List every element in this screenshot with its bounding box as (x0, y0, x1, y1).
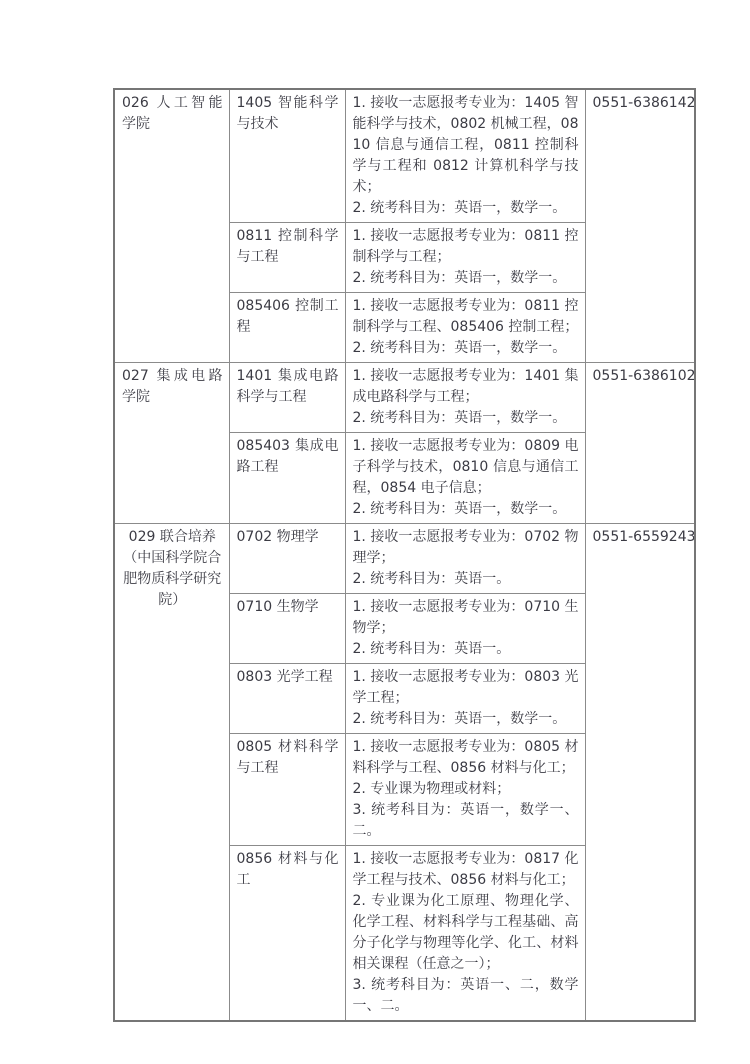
note-line: 2. 统考科目为：英语一。 (353, 639, 579, 660)
major-cell: 0805 材料科学与工程 (229, 734, 345, 846)
notes-cell: 1. 接收一志愿报考专业为：0702 物理学； 2. 统考科目为：英语一。 (345, 524, 585, 594)
note-line: 2. 统考科目为：英语一，数学一。 (353, 709, 579, 730)
phone-cell: 0551-63861421 (585, 89, 695, 363)
note-line: 1. 接收一志愿报考专业为：0817 化学工程与技术、0856 材料与化工； (353, 849, 579, 891)
note-line: 3. 统考科目为：英语一、二，数学一、二。 (353, 975, 579, 1017)
note-line: 2. 统考科目为：英语一，数学一。 (353, 268, 579, 289)
major-cell: 0710 生物学 (229, 594, 345, 664)
college-cell: 029 联合培养（中国科学院合肥物质科学研究院） (114, 524, 229, 1022)
notes-cell: 1. 接收一志愿报考专业为：0710 生物学； 2. 统考科目为：英语一。 (345, 594, 585, 664)
notes-cell: 1. 接收一志愿报考专业为：0803 光学工程； 2. 统考科目为：英语一，数学… (345, 664, 585, 734)
major-cell: 1405 智能科学与技术 (229, 89, 345, 223)
note-line: 2. 专业课为物理或材料； (353, 779, 579, 800)
major-cell: 085406 控制工程 (229, 293, 345, 363)
notes-cell: 1. 接收一志愿报考专业为：0809 电子科学与技术，0810 信息与通信工程，… (345, 433, 585, 524)
major-cell: 1401 集成电路科学与工程 (229, 363, 345, 433)
note-line: 2. 统考科目为：英语一，数学一。 (353, 408, 579, 429)
college-cell: 027 集成电路学院 (114, 363, 229, 524)
note-line: 1. 接收一志愿报考专业为：0809 电子科学与技术，0810 信息与通信工程，… (353, 436, 579, 499)
major-cell: 0702 物理学 (229, 524, 345, 594)
note-line: 1. 接收一志愿报考专业为：0710 生物学； (353, 597, 579, 639)
note-line: 1. 接收一志愿报考专业为：1401 集成电路科学与工程； (353, 366, 579, 408)
major-cell: 0856 材料与化工 (229, 846, 345, 1022)
notes-cell: 1. 接收一志愿报考专业为：0811 控制科学与工程； 2. 统考科目为：英语一… (345, 223, 585, 293)
note-line: 1. 接收一志愿报考专业为：0702 物理学； (353, 527, 579, 569)
note-line: 1. 接收一志愿报考专业为：0811 控制科学与工程、085406 控制工程； (353, 296, 579, 338)
note-line: 2. 统考科目为：英语一。 (353, 569, 579, 590)
note-line: 2. 专业课为化工原理、物理化学、化学工程、材料科学与工程基础、高分子化学与物理… (353, 891, 579, 975)
note-line: 1. 接收一志愿报考专业为：1405 智能科学与技术，0802 机械工程，081… (353, 93, 579, 198)
note-line: 1. 接收一志愿报考专业为：0805 材料科学与工程、0856 材料与化工； (353, 737, 579, 779)
phone-cell: 0551-63861024 (585, 363, 695, 524)
table-row: 029 联合培养（中国科学院合肥物质科学研究院） 0702 物理学 1. 接收一… (114, 524, 695, 594)
table-row: 027 集成电路学院 1401 集成电路科学与工程 1. 接收一志愿报考专业为：… (114, 363, 695, 433)
note-line: 2. 统考科目为：英语一，数学一。 (353, 338, 579, 359)
note-line: 1. 接收一志愿报考专业为：0803 光学工程； (353, 667, 579, 709)
note-line: 3. 统考科目为：英语一，数学一、二。 (353, 800, 579, 842)
notes-cell: 1. 接收一志愿报考专业为：0805 材料科学与工程、0856 材料与化工； 2… (345, 734, 585, 846)
college-cell: 026 人工智能学院 (114, 89, 229, 363)
major-cell: 0803 光学工程 (229, 664, 345, 734)
note-line: 1. 接收一志愿报考专业为：0811 控制科学与工程； (353, 226, 579, 268)
notes-cell: 1. 接收一志愿报考专业为：1401 集成电路科学与工程； 2. 统考科目为：英… (345, 363, 585, 433)
major-cell: 0811 控制科学与工程 (229, 223, 345, 293)
phone-cell: 0551-65592439 (585, 524, 695, 1022)
notes-cell: 1. 接收一志愿报考专业为：1405 智能科学与技术，0802 机械工程，081… (345, 89, 585, 223)
admissions-table: 026 人工智能学院 1405 智能科学与技术 1. 接收一志愿报考专业为：14… (113, 88, 696, 1022)
notes-cell: 1. 接收一志愿报考专业为：0817 化学工程与技术、0856 材料与化工； 2… (345, 846, 585, 1022)
notes-cell: 1. 接收一志愿报考专业为：0811 控制科学与工程、085406 控制工程； … (345, 293, 585, 363)
document-page: 026 人工智能学院 1405 智能科学与技术 1. 接收一志愿报考专业为：14… (0, 0, 750, 1064)
major-cell: 085403 集成电路工程 (229, 433, 345, 524)
note-line: 2. 统考科目为：英语一，数学一。 (353, 198, 579, 219)
note-line: 2. 统考科目为：英语一，数学一。 (353, 499, 579, 520)
table-row: 026 人工智能学院 1405 智能科学与技术 1. 接收一志愿报考专业为：14… (114, 89, 695, 223)
